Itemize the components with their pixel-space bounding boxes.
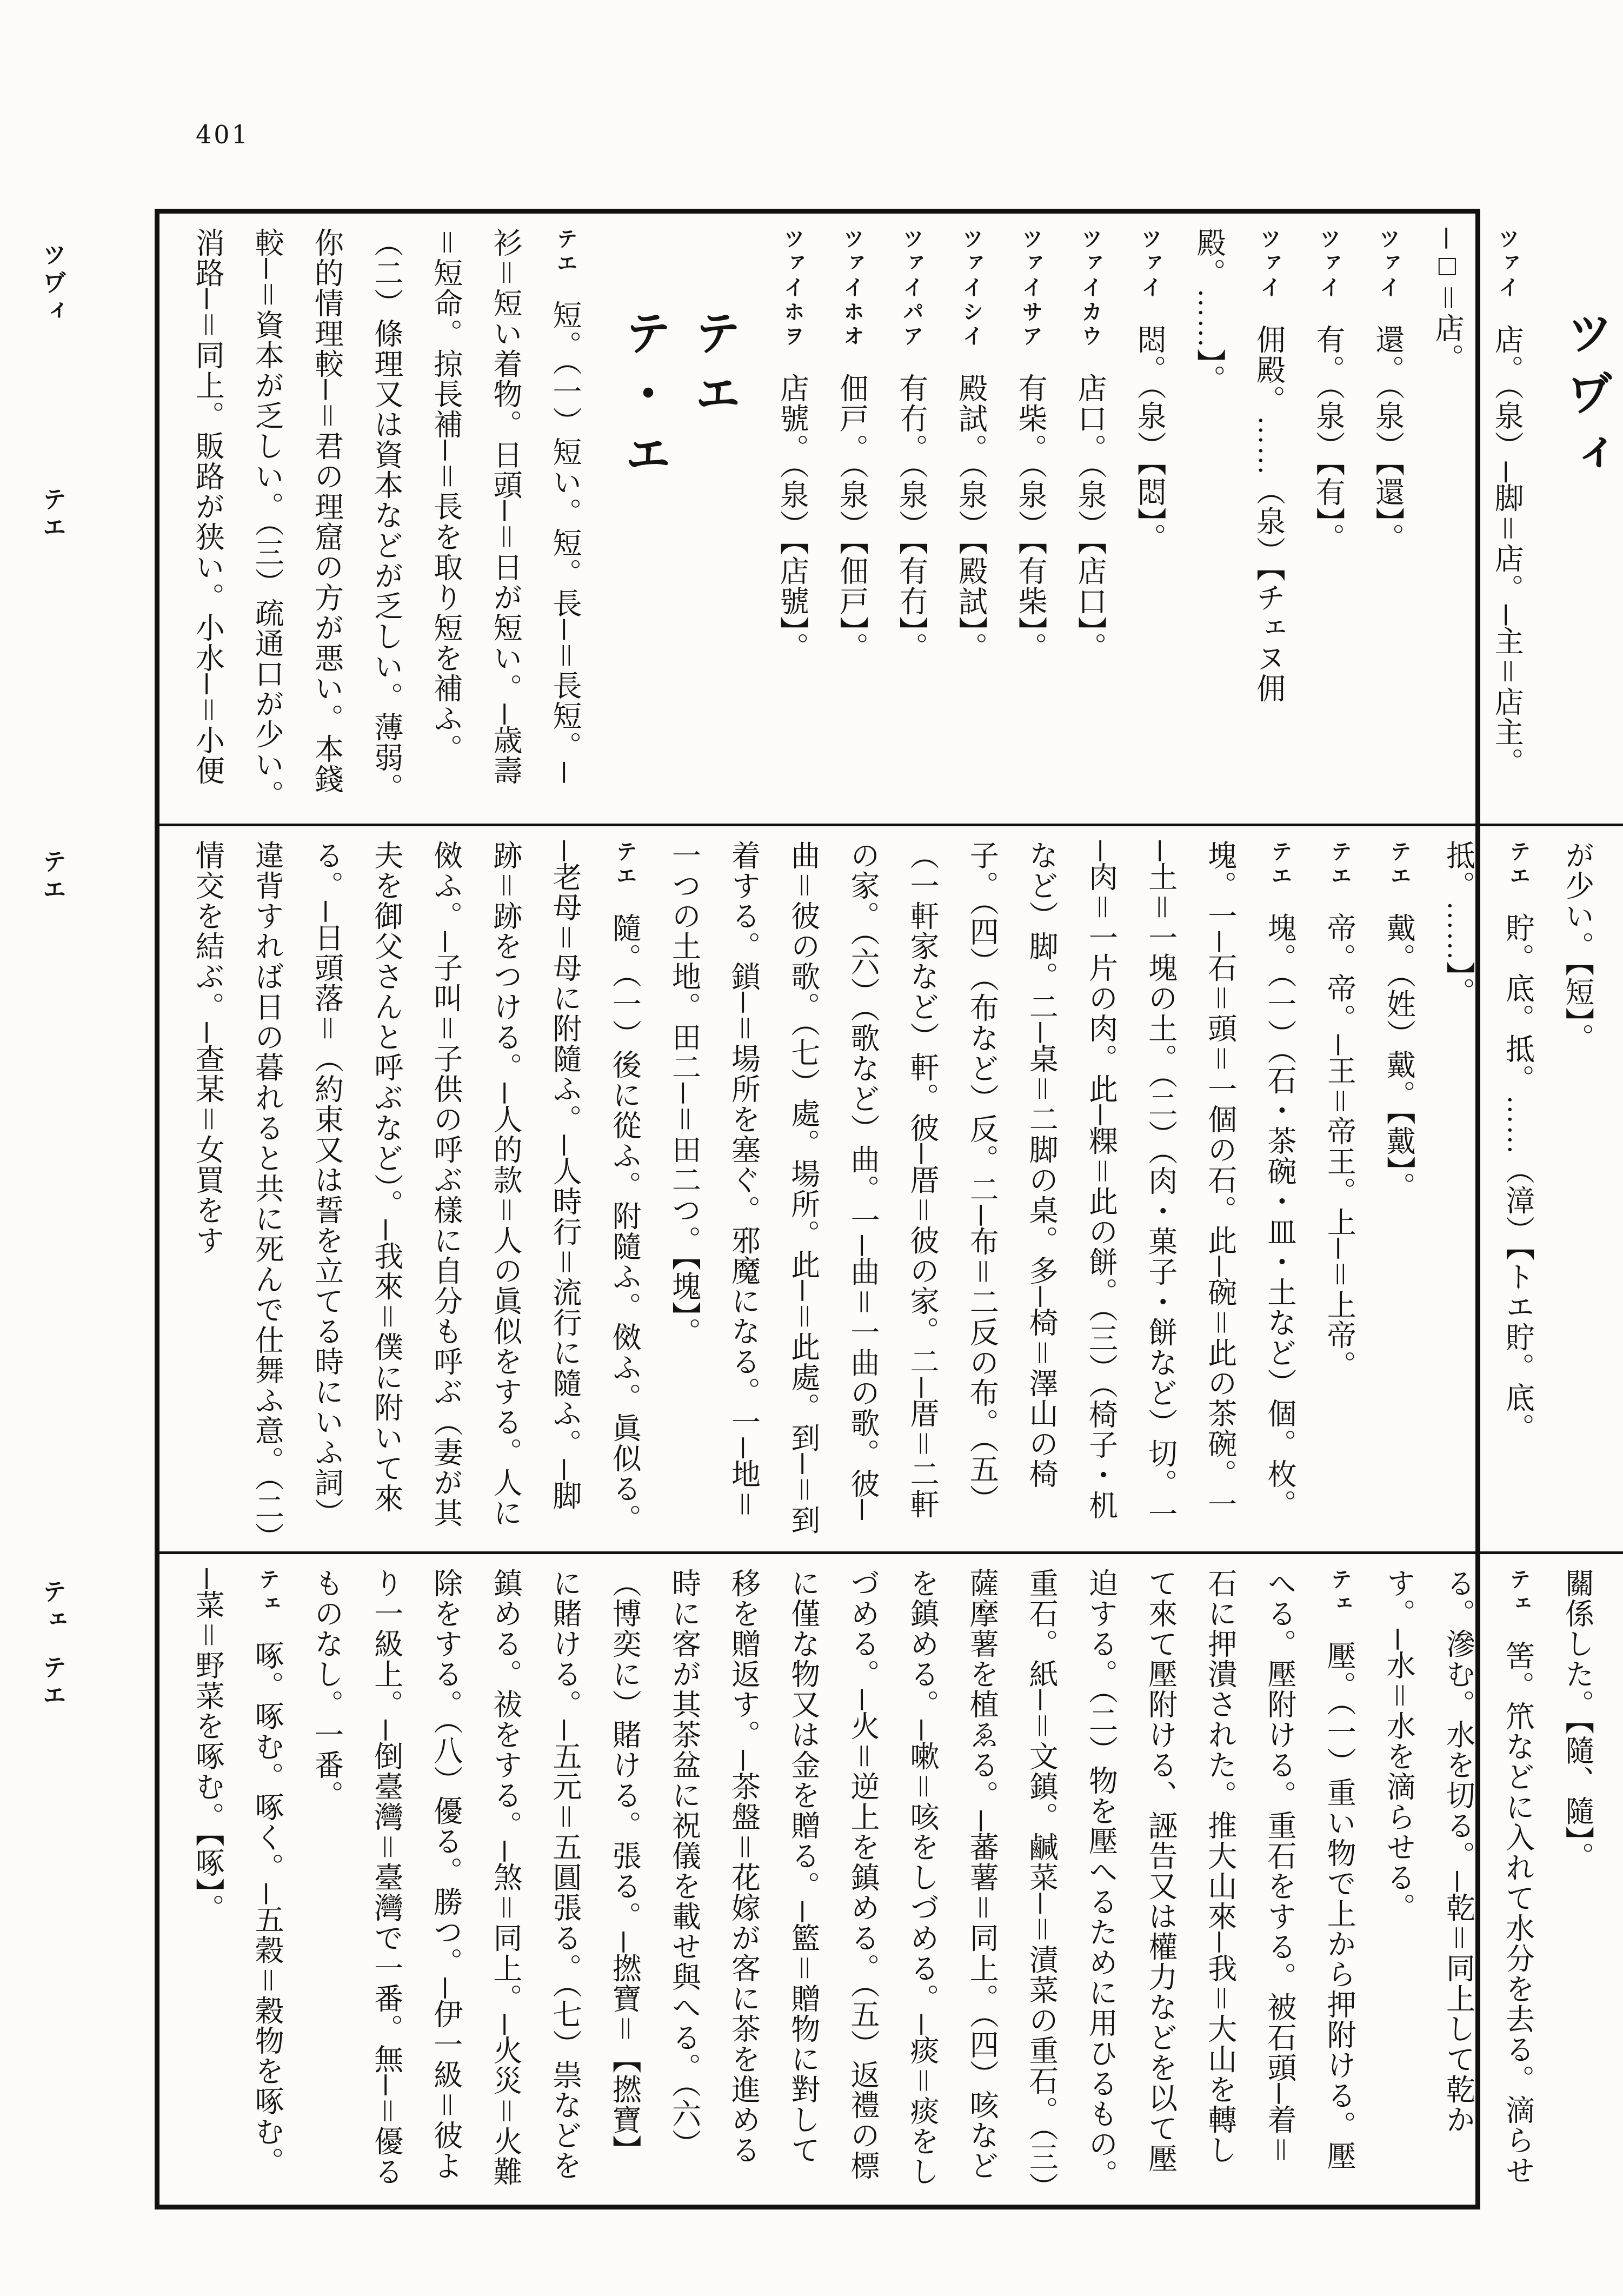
big-section-header: ツヷィ (1551, 309, 1620, 812)
entry-body-text: 塊。（一）（石・茶碗・皿・土など）個。枚。塊。一─石＝頭＝一個の石。此─碗＝此の… (668, 840, 1296, 1536)
dict-entry: ツァイ 悶。（泉）【悶】。 (1120, 228, 1179, 812)
entry-headword-kana: ツァイパア (900, 228, 923, 373)
entry-body-text: 筈。笊などに入れて水分を去る。滴らせる。滲む。水を切る。─乾＝同上して乾かす。─… (1382, 1568, 1534, 2186)
margin-guide-label: テェ (35, 1579, 69, 1635)
dict-entry: ツァイ 有。（泉）【有】。 (1299, 228, 1358, 812)
entry-headword-kana: テェ (1507, 1568, 1530, 1641)
margin-guide-label: テエ (35, 1655, 69, 1711)
dict-entry: テェ 壓。（一）重い物で上から押附ける。壓へる。壓附ける。重石をする。被石頭─着… (297, 1568, 1369, 2195)
dict-entry: テェ 筈。笊などに入れて水分を去る。滴らせる。滲む。水を切る。─乾＝同上して乾か… (1369, 1568, 1547, 2195)
entry-continuation: が少い。【短】。 (1548, 840, 1607, 1539)
entry-headword-kana: テエ (1268, 840, 1292, 913)
entry-body-text: 壓。（一）重い物で上から押附ける。壓へる。壓附ける。重石をする。被石頭─着＝石に… (310, 1568, 1355, 2189)
dict-entry: テエ 貯。底。抵。……（漳）【トエ貯。底。抵。……】。 (1428, 840, 1547, 1539)
entry-body-text: 短。（一）短い。短。長─＝長短。─衫＝短い着物。日頭─＝日が短い。─歳壽＝短命。… (191, 228, 581, 810)
entry-body-text: 悶。（泉）【悶】。 (1133, 325, 1166, 554)
dict-entry: テェ 啄。啄む。啄く。─五穀＝穀物を啄む。─菜＝野菜を啄む。【啄】。 (178, 1568, 297, 2195)
dict-entry: ツァイホオ 佃戸。（泉）【佃戸】。 (822, 228, 881, 812)
entry-headword-kana: ツァイホヲ (781, 228, 804, 373)
dict-entry: ツァイ 佣殿。……（泉）【チェヌ佣殿。……】。 (1179, 228, 1298, 812)
content-frame: ツウルウ 除除。（泉）【除除】。ツウルウ 耡耡。（泉）【耡耡】。ツヷィツァイ 店… (155, 209, 1480, 2209)
dict-entry: テエ 帝。帝。─王＝帝王。上─＝上帝。 (1309, 840, 1369, 1539)
margin-guide-label: テエ (35, 849, 69, 905)
entry-body-text: 有冇。（泉）【有冇】。 (895, 373, 928, 662)
margin-guide-label: テエ (35, 487, 69, 543)
entry-body-text: 有柴。（泉）【有柴】。 (1014, 373, 1047, 662)
entry-headword-kana: テエ (613, 840, 636, 913)
margin-guide-label: ツヷィ (35, 242, 69, 327)
entry-headword-kana: ツァイ (1317, 228, 1340, 325)
entry-headword-kana: ツァイホオ (840, 228, 863, 373)
dict-entry: テエ 隨。（一）後に從ふ。附隨ふ。傚ふ。眞似る。─老母＝母に附隨ふ。─人時行＝流… (178, 840, 654, 1539)
entry-headword-kana: テェ (256, 1568, 279, 1641)
entry-body-text: が少い。【短】。 (1561, 840, 1594, 1053)
entry-headword-kana: テエ (554, 228, 577, 301)
entry-headword-kana: ツァイカウ (1079, 228, 1102, 373)
entry-body-text: 啄。啄む。啄く。─五穀＝穀物を啄む。─菜＝野菜を啄む。【啄】。 (191, 1568, 283, 2178)
entry-headword-kana: テエ (1387, 840, 1411, 913)
entry-body-text: る。彼個查某─着外國人＝あの女は外國人と關係した。【隨、隨】。 (1561, 1568, 1623, 2165)
dict-entry: ツァイ 店。（泉）─脚＝店。─主＝店主。─□＝店。 (1418, 228, 1536, 812)
entry-body-text: 店口。（泉）【店口】。 (1074, 373, 1106, 662)
entry-body-text: 店號。（泉）【店號】。 (776, 373, 808, 662)
entry-body-text: 貯。底。抵。……（漳）【トエ貯。底。抵。……】。 (1442, 840, 1534, 1444)
band-top: ツウルウ 除除。（泉）【除除】。ツウルウ 耡耡。（泉）【耡耡】。ツヷィツァイ 店… (159, 214, 1623, 824)
band-bottom: る。彼個查某─着外國人＝あの女は外國人と關係した。【隨、隨】。テェ 筈。笊などに… (159, 1551, 1623, 2207)
entry-body-text: 還。（泉）【還】。 (1372, 325, 1404, 554)
entry-body-text: 有。（泉）【有】。 (1312, 325, 1345, 554)
entry-headword-kana: テエ (1507, 840, 1530, 913)
dict-entry: ツァイシイ 殿試。（泉）【殿試】。 (941, 228, 1001, 812)
entry-headword-kana: ツァイ (1495, 228, 1519, 325)
entry-body-text: 帝。帝。─王＝帝王。上─＝上帝。 (1323, 913, 1355, 1381)
dict-entry: ツァイホヲ 店號。（泉）【店號】。 (762, 228, 822, 812)
dict-entry: テエ 塊。（一）（石・茶碗・皿・土など）個。枚。塊。一─石＝頭＝一個の石。此─碗… (654, 840, 1309, 1539)
entry-headword-kana: テエ (1328, 840, 1351, 913)
dict-entry: ツァイサア 有柴。（泉）【有柴】。 (1001, 228, 1060, 812)
entry-headword-kana: ツァイサア (1019, 228, 1042, 373)
dict-entry: ツァイ 還。（泉）【還】。 (1358, 228, 1418, 812)
entry-body-text: 戴。（姓）戴。【戴】。 (1382, 913, 1415, 1203)
entry-headword-kana: ツァイ (1258, 228, 1281, 325)
dict-entry: ツァイカウ 店口。（泉）【店口】。 (1060, 228, 1120, 812)
entry-headword-kana: ツァイ (1138, 228, 1161, 325)
entry-headword-kana: テェ (1328, 1568, 1351, 1641)
dict-entry: テエ 戴。（姓）戴。【戴】。 (1369, 840, 1428, 1539)
band-middle: が少い。【短】。テエ 貯。底。抵。……（漳）【トエ貯。底。抵。……】。テエ 戴。… (159, 824, 1623, 1551)
big-section-header: テエテ・エ (609, 309, 748, 812)
entry-continuation: る。彼個查某─着外國人＝あの女は外國人と關係した。【隨、隨】。 (1548, 1568, 1623, 2195)
entry-headword-kana: ツァイシイ (960, 228, 983, 373)
entry-body-text: 隨。（一）後に從ふ。附隨ふ。傚ふ。眞似る。─老母＝母に附隨ふ。─人時行＝流行に隨… (191, 840, 641, 1538)
dictionary-page: 401 ツヷィ テエ テエ テェ テエ ツウルウ 除除。（泉）【除除】。ツウルウ… (0, 0, 1623, 2296)
entry-body-text: 佃戸。（泉）【佃戸】。 (835, 373, 868, 662)
entry-body-text: 殿試。（泉）【殿試】。 (955, 373, 987, 662)
page-number: 401 (196, 120, 250, 149)
entry-headword-kana: ツァイ (1376, 228, 1400, 325)
dict-entry: ツァイパア 有冇。（泉）【有冇】。 (881, 228, 941, 812)
dict-entry: テエ 短。（一）短い。短。長─＝長短。─衫＝短い着物。日頭─＝日が短い。─歳壽＝… (178, 228, 595, 812)
